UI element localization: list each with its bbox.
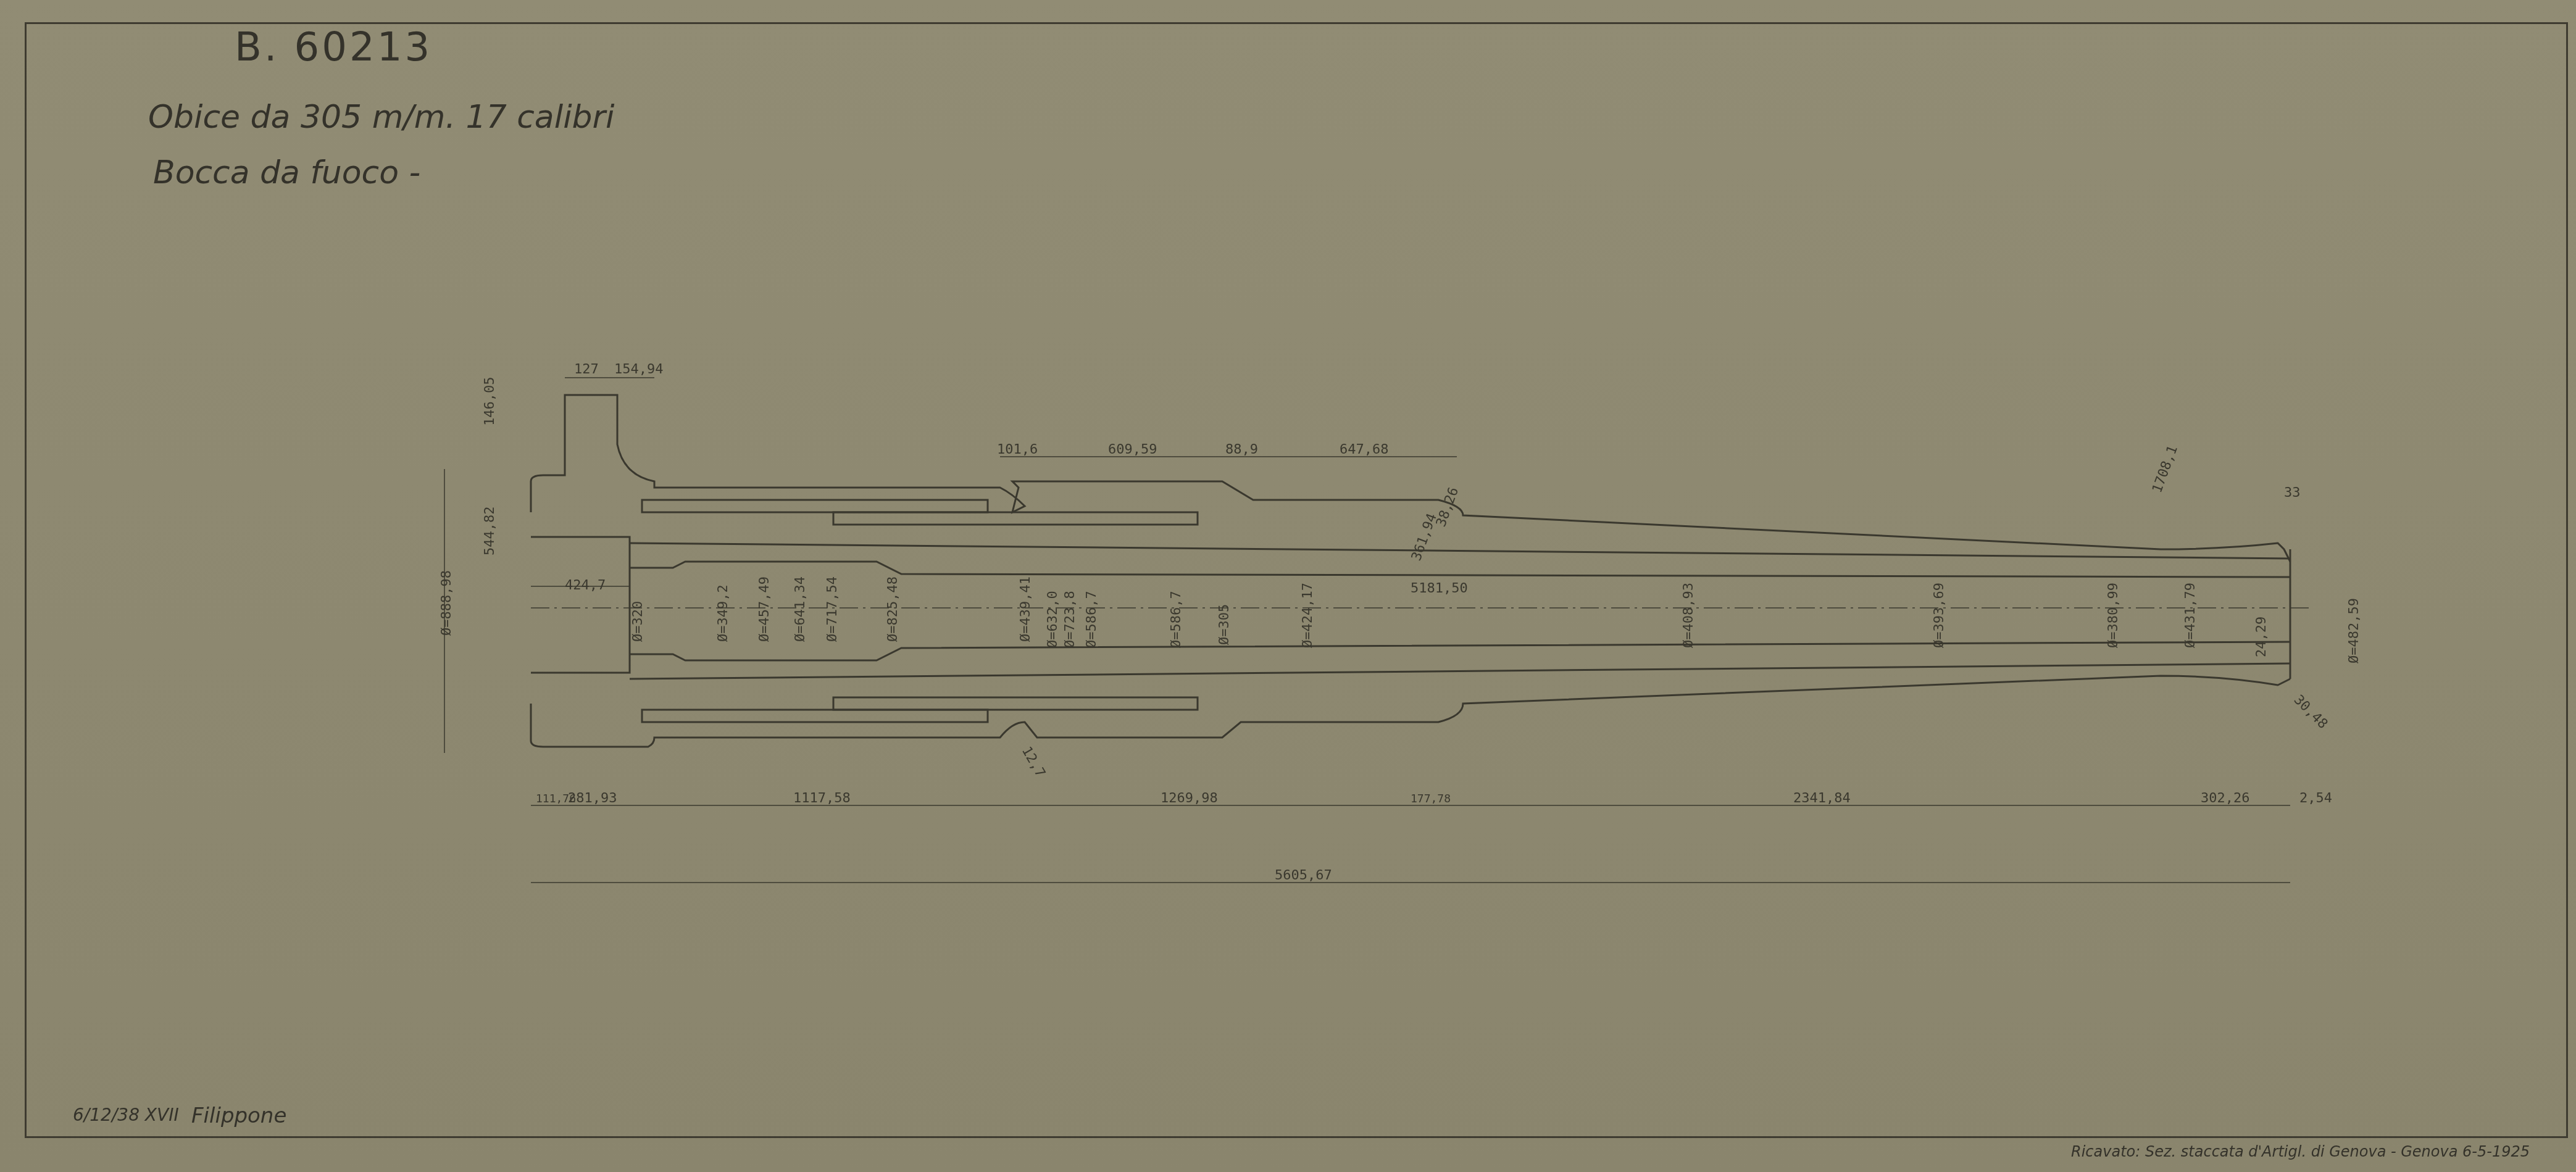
dim-bottom-1269-98: 1269,98	[1161, 791, 1218, 806]
dim-top-647-68: 647,68	[1340, 442, 1388, 457]
dim-top-88-9: 88,9	[1225, 442, 1258, 457]
dia-320: Ø=320	[630, 601, 646, 642]
dim-top-127: 127	[574, 362, 599, 377]
dia-431-79: Ø=431,79	[2183, 583, 2198, 648]
dia-723-8: Ø=723,8	[1062, 591, 1078, 648]
dim-left-888-98: Ø=888,98	[439, 570, 454, 636]
dim-12-7: 12,7	[1019, 744, 1048, 780]
dia-482-59: Ø=482,59	[2346, 598, 2362, 663]
dim-overall-length: 5605,67	[1275, 868, 1332, 883]
dia-424-17: Ø=424,17	[1300, 583, 1315, 648]
dim-top-101-6: 101,6	[997, 442, 1038, 457]
dim-bottom-2341-84: 2341,84	[1793, 791, 1851, 806]
dia-717-54: Ø=717,54	[825, 576, 840, 642]
dim-left-544-82: 544,82	[482, 507, 498, 555]
dim-bottom-302-26: 302,26	[2201, 791, 2249, 806]
dim-top-609-59: 609,59	[1108, 442, 1157, 457]
dia-439-41: Ø=439,41	[1018, 576, 1033, 642]
footer-signature: Filippone	[191, 1103, 286, 1128]
dia-349-2: Ø=349,2	[715, 584, 731, 642]
dim-24-29: 24,29	[2254, 617, 2269, 657]
dia-641-34: Ø=641,34	[793, 576, 808, 642]
dia-393-69: Ø=393,69	[1932, 583, 1947, 648]
dia-825-48: Ø=825,48	[885, 576, 901, 642]
dim-bottom-281-93: 281,93	[568, 791, 617, 806]
dim-top-33: 33	[2284, 485, 2301, 501]
dia-305: Ø=305	[1217, 604, 1232, 645]
dim-bottom-1117-58: 1117,58	[793, 791, 851, 806]
footer-source-note: Ricavato: Sez. staccata d'Artigl. di Gen…	[2071, 1143, 2530, 1160]
dia-380-99: Ø=380,99	[2106, 583, 2121, 648]
dia-632-0: Ø=632,0	[1045, 591, 1061, 648]
footer-date: 6/12/38 XVII	[73, 1105, 179, 1125]
dia-586-7-a: Ø=586,7	[1084, 591, 1099, 648]
dia-586-7-b: Ø=586,7	[1169, 591, 1184, 648]
dim-top-154-94: 154,94	[614, 362, 663, 377]
gun-barrel-section-drawing: 127 154,94 101,6 609,59 88,9 647,68 1708…	[0, 0, 2576, 1172]
dim-30-48: 30,48	[2291, 692, 2331, 733]
dia-408-93: Ø=408,93	[1681, 583, 1696, 648]
dim-left-424-7: 424,7	[565, 578, 606, 593]
drawing-sheet: B. 60213 Obice da 305 m/m. 17 calibri Bo…	[0, 0, 2576, 1172]
dim-top-1708-1: 1708,1	[2149, 444, 2181, 495]
dim-bottom-2-54: 2,54	[2299, 791, 2332, 806]
dim-left-146-05: 146,05	[482, 377, 498, 426]
dia-457-49: Ø=457,49	[757, 576, 772, 642]
dim-5181-50: 5181,50	[1411, 581, 1468, 596]
dim-bottom-177-78: 177,78	[1411, 792, 1451, 805]
